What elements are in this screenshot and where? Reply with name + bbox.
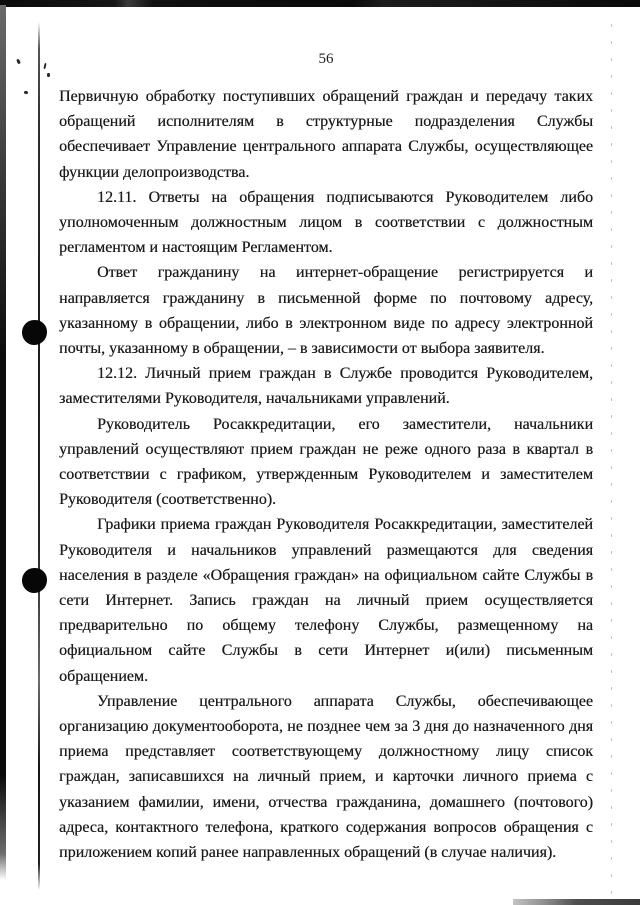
paragraph-3: Ответ гражданину на интернет-обращение р… bbox=[59, 260, 593, 361]
ink-speck bbox=[16, 59, 21, 65]
scan-edge-top bbox=[0, 0, 640, 7]
paragraph-1: Первичную обработку поступивших обращени… bbox=[59, 84, 593, 185]
hole-punch-dot-2 bbox=[22, 568, 47, 593]
binding-fold-line bbox=[38, 22, 40, 890]
scan-edge-left bbox=[0, 5, 6, 880]
paragraph-5: Руководитель Росаккредитации, его замест… bbox=[59, 412, 593, 513]
paragraph-7: Управление центрального аппарата Службы,… bbox=[59, 689, 593, 865]
scanned-page: 56 Первичную обработку поступивших обращ… bbox=[0, 0, 640, 905]
scan-edge-bottom bbox=[513, 899, 640, 905]
ink-speck bbox=[43, 63, 46, 69]
paragraph-6: Графики приема граждан Руководителя Роса… bbox=[59, 512, 593, 688]
hole-punch-dot-1 bbox=[22, 320, 47, 345]
ink-speck bbox=[24, 91, 29, 95]
document-body: Первичную обработку поступивших обращени… bbox=[59, 84, 593, 865]
ink-speck bbox=[47, 73, 50, 77]
page-number: 56 bbox=[59, 51, 593, 68]
right-crease-line bbox=[611, 24, 612, 902]
paragraph-2: 12.11. Ответы на обращения подписываются… bbox=[59, 185, 593, 261]
paragraph-4: 12.12. Личный прием граждан в Службе про… bbox=[59, 361, 593, 411]
